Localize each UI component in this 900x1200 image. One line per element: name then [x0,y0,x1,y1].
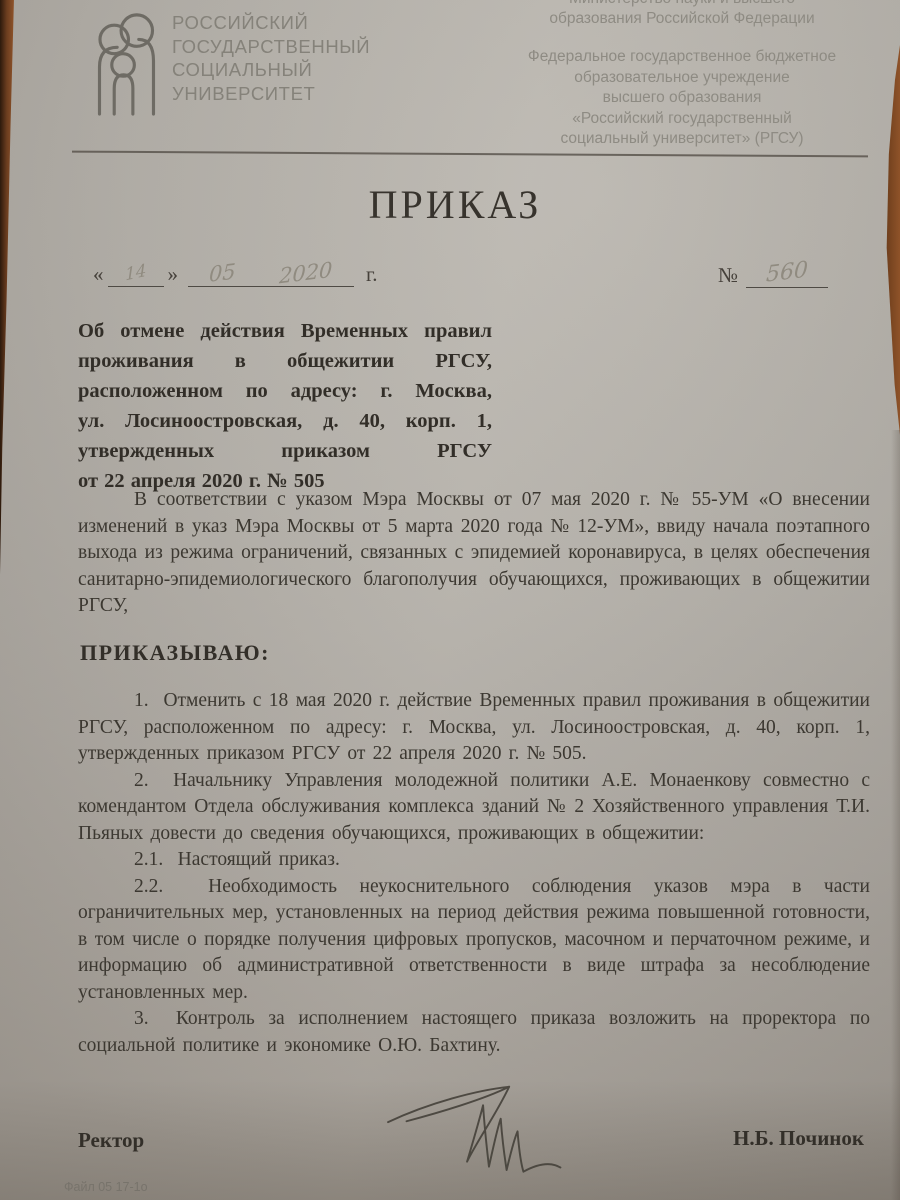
number-line: № 560 [718,262,832,288]
document-title: ПРИКАЗ [0,181,900,228]
ministry-line: образования Российской Федерации [492,9,872,29]
preamble-paragraph: В соответствии с указом Мэра Москвы от 0… [78,487,870,620]
logo-line: СОЦИАЛЬНЫЙ [172,58,370,82]
institution-line: социальный университет» (РГСУ) [492,129,872,150]
day-field: 14 [108,266,164,287]
order-heading: ПРИКАЗЫВАЮ: [80,640,270,666]
ministry-line: Министерство науки и высшего [492,0,872,9]
order-item-1: 1. Отменить с 18 мая 2020 г. действие Вр… [78,688,870,768]
logo-line: РОССИЙСКИЙ [172,11,370,35]
order-item-2-1: 2.1. Настоящий приказ. [78,847,870,874]
handwritten-year: 2020 [279,258,333,289]
open-quote: « [93,262,104,287]
logo-line: ГОСУДАРСТВЕННЫЙ [172,35,370,59]
subject-line: ул. Лосиноостровская, д. 40, корп. 1, [78,406,492,436]
order-items: 1. Отменить с 18 мая 2020 г. действие Вр… [78,688,870,1059]
signature-icon [383,1078,568,1183]
subject-line: расположенном по адресу: г. Москва, [78,376,492,406]
year-suffix: г. [366,262,378,287]
month-year-field: 05 2020 [188,262,354,287]
signer-position: Ректор [78,1128,144,1153]
institution-line: образовательное учреждение [492,68,872,89]
ministry-block: Министерство науки и высшего образования… [492,0,872,28]
subject-line: проживания в общежитии РГСУ, [78,346,492,376]
number-sign: № [718,263,738,288]
institution-line: Федеральное государственное бюджетное [492,47,872,68]
order-subject: Об отмене действия Временных правил прож… [78,316,492,496]
signer-name: Н.Б. Починок [733,1126,864,1151]
institution-line: высшего образования [492,88,872,109]
paper-edge-shadow [891,430,900,1200]
subject-line: Об отмене действия Временных правил [78,316,492,346]
order-item-2-2: 2.2. Необходимость неукоснительного собл… [78,874,870,1007]
close-quote: » [168,262,179,287]
file-note: Файл 05 17-1о [64,1180,148,1194]
university-family-logo-icon [92,8,160,116]
document-photo: РОССИЙСКИЙ ГОСУДАРСТВЕННЫЙ СОЦИАЛЬНЫЙ УН… [0,0,900,1200]
logo-line: УНИВЕРСИТЕТ [172,82,370,106]
handwritten-number: 560 [766,257,809,287]
handwritten-month: 05 [209,259,237,287]
date-line: « 14 » 05 2020 г. [93,262,378,287]
institution-line: «Российский государственный [492,109,872,130]
institution-block: Федеральное государственное бюджетное об… [492,47,872,150]
order-item-3: 3. Контроль за исполнением настоящего пр… [78,1006,870,1059]
number-field: 560 [746,262,828,288]
handwritten-day: 14 [125,261,147,286]
subject-line: утвержденных приказом РГСУ [78,436,492,466]
order-item-2: 2. Начальнику Управления молодежной поли… [78,768,870,848]
university-name: РОССИЙСКИЙ ГОСУДАРСТВЕННЫЙ СОЦИАЛЬНЫЙ УН… [172,11,370,105]
